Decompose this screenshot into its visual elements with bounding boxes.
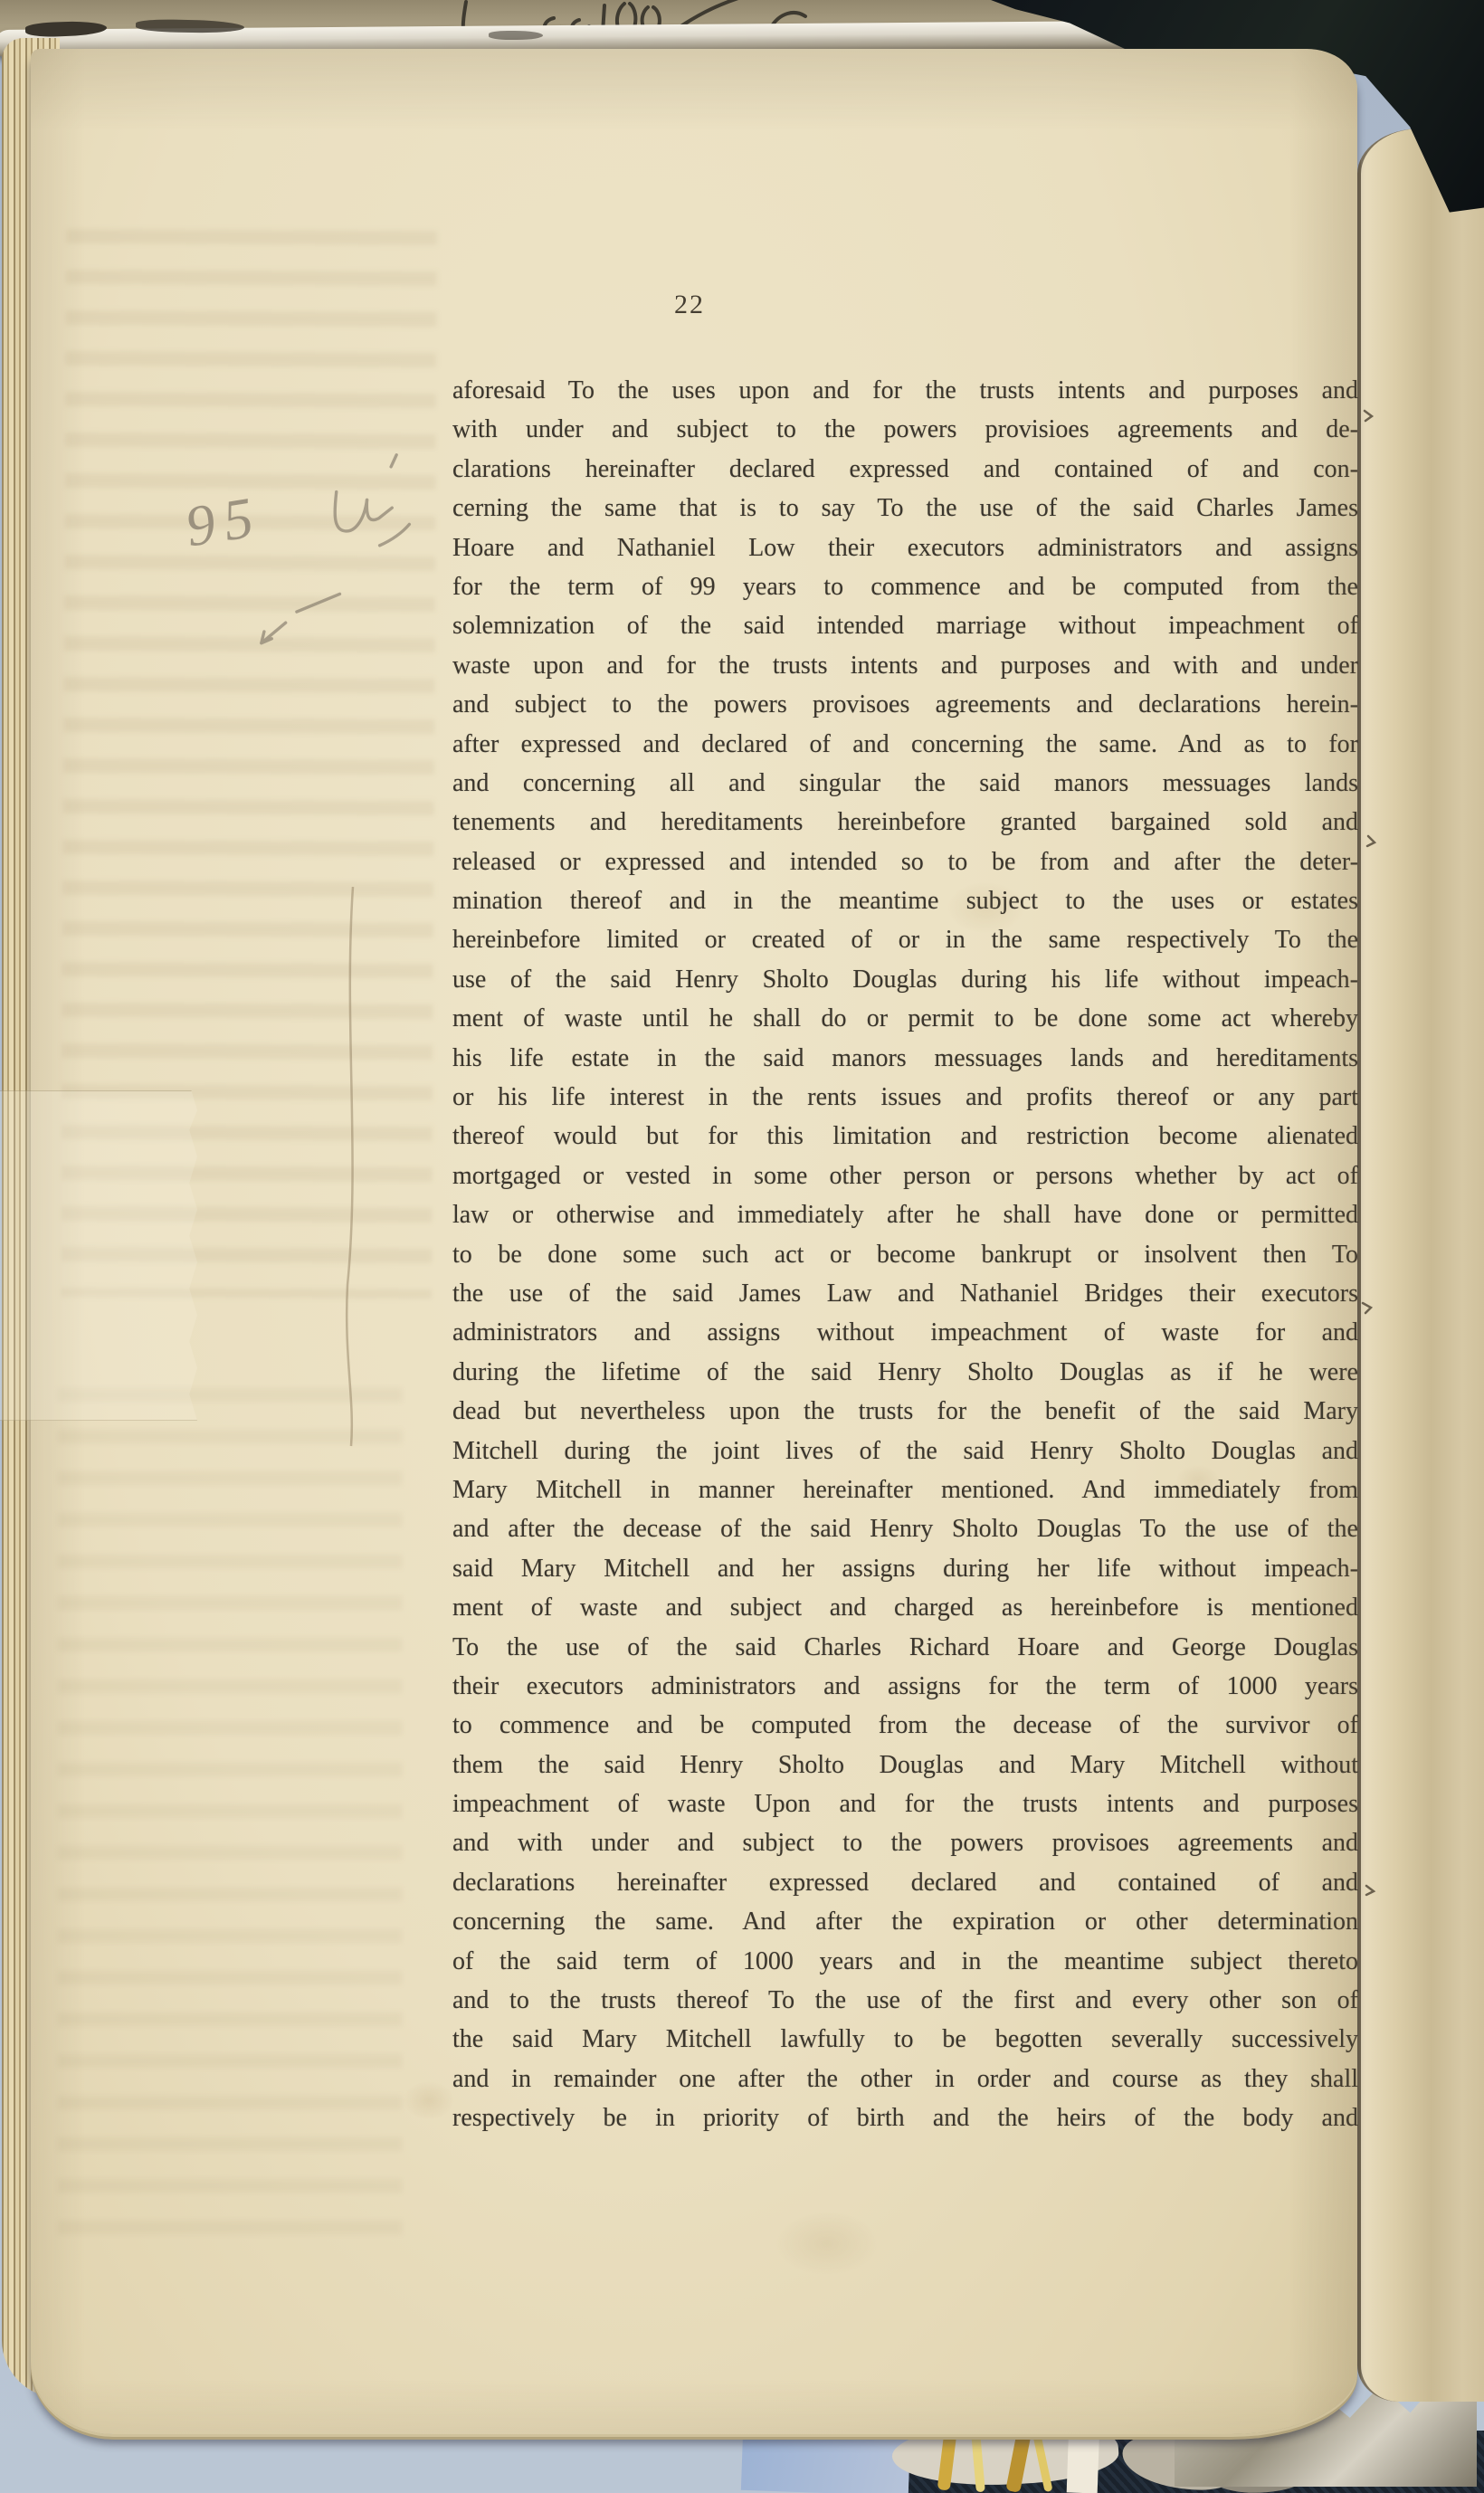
torn-paper-chip (489, 31, 543, 40)
pencil-flourish (152, 427, 480, 680)
text-line: or his life interest in the rents issues… (452, 1078, 1358, 1117)
text-line: law or otherwise and immediately after h… (452, 1195, 1358, 1234)
text-line: administrators and assigns without impea… (452, 1313, 1358, 1352)
text-line: and concerning all and singular the said… (452, 764, 1358, 803)
legal-text-block: aforesaid To the uses upon and for the t… (452, 371, 1358, 2138)
text-line: mortgaged or vested in some other person… (452, 1156, 1358, 1195)
text-line: Mary Mitchell in manner hereinafter ment… (452, 1470, 1358, 1509)
text-line: the said Mary Mitchell lawfully to be be… (452, 2020, 1358, 2059)
text-line: released or expressed and intended so to… (452, 842, 1358, 881)
pencil-annotation: 95 (152, 427, 480, 680)
text-line: and subject to the powers provisoes agre… (452, 685, 1358, 724)
text-line: to commence and be computed from the dec… (452, 1706, 1358, 1745)
text-line: clarations hereinafter declared expresse… (452, 450, 1358, 489)
page-number: 22 (635, 290, 744, 320)
text-line: and in remainder one after the other in … (452, 2060, 1358, 2098)
text-line: To the use of the said Charles Richard H… (452, 1628, 1358, 1667)
scratch-mark (333, 887, 378, 1448)
adhesive-tape (0, 1090, 197, 1421)
text-line: respectively be in priority of birth and… (452, 2098, 1358, 2137)
text-line: with under and subject to the powers pro… (452, 410, 1358, 449)
text-line: use of the said Henry Sholto Douglas dur… (452, 960, 1358, 999)
text-line: his life estate in the said manors messu… (452, 1039, 1358, 1078)
text-line: after expressed and declared of and conc… (452, 725, 1358, 764)
text-line: Hoare and Nathaniel Low their executors … (452, 528, 1358, 567)
text-line: for the term of 99 years to commence and… (452, 567, 1358, 606)
text-line: impeachment of waste Upon and for the tr… (452, 1784, 1358, 1823)
text-line: aforesaid To the uses upon and for the t… (452, 371, 1358, 410)
text-line: of the said term of 1000 years and in th… (452, 1942, 1358, 1981)
text-line: and after the decease of the said Henry … (452, 1509, 1358, 1548)
text-line: said Mary Mitchell and her assigns durin… (452, 1549, 1358, 1588)
text-line: waste upon and for the trusts intents an… (452, 646, 1358, 685)
text-line: during the lifetime of the said Henry Sh… (452, 1353, 1358, 1392)
book-page: 22 aforesaid To the uses upon and for th… (31, 49, 1357, 2434)
blue-paper-scrap (741, 2428, 910, 2493)
text-line: the use of the said James Law and Nathan… (452, 1274, 1358, 1313)
text-line: ment of waste and subject and charged as… (452, 1588, 1358, 1627)
text-line: their executors administrators and assig… (452, 1667, 1358, 1706)
text-line: and with under and subject to the powers… (452, 1823, 1358, 1862)
text-line: concerning the same. And after the expir… (452, 1902, 1358, 1941)
book-scan: 22 aforesaid To the uses upon and for th… (0, 0, 1484, 2493)
text-line: hereinbefore limited or created of or in… (452, 920, 1358, 959)
text-line: and to the trusts thereof To the use of … (452, 1981, 1358, 2020)
text-line: mination thereof and in the meantime sub… (452, 881, 1358, 920)
text-line: them the said Henry Sholto Douglas and M… (452, 1746, 1358, 1784)
text-line: thereof would but for this limitation an… (452, 1117, 1358, 1156)
text-line: ment of waste until he shall do or permi… (452, 999, 1358, 1038)
text-line: declarations hereinafter expressed decla… (452, 1863, 1358, 1902)
bleed-through-text (58, 1388, 402, 2257)
text-line: dead but nevertheless upon the trusts fo… (452, 1392, 1358, 1431)
text-line: tenements and hereditaments hereinbefore… (452, 803, 1358, 842)
text-line: to be done some such act or become bankr… (452, 1235, 1358, 1274)
text-line: Mitchell during the joint lives of the s… (452, 1432, 1358, 1470)
ink-fleck-marks (1356, 128, 1383, 2210)
text-line: solemnization of the said intended marri… (452, 606, 1358, 645)
text-line: cerning the same that is to say To the u… (452, 489, 1358, 528)
